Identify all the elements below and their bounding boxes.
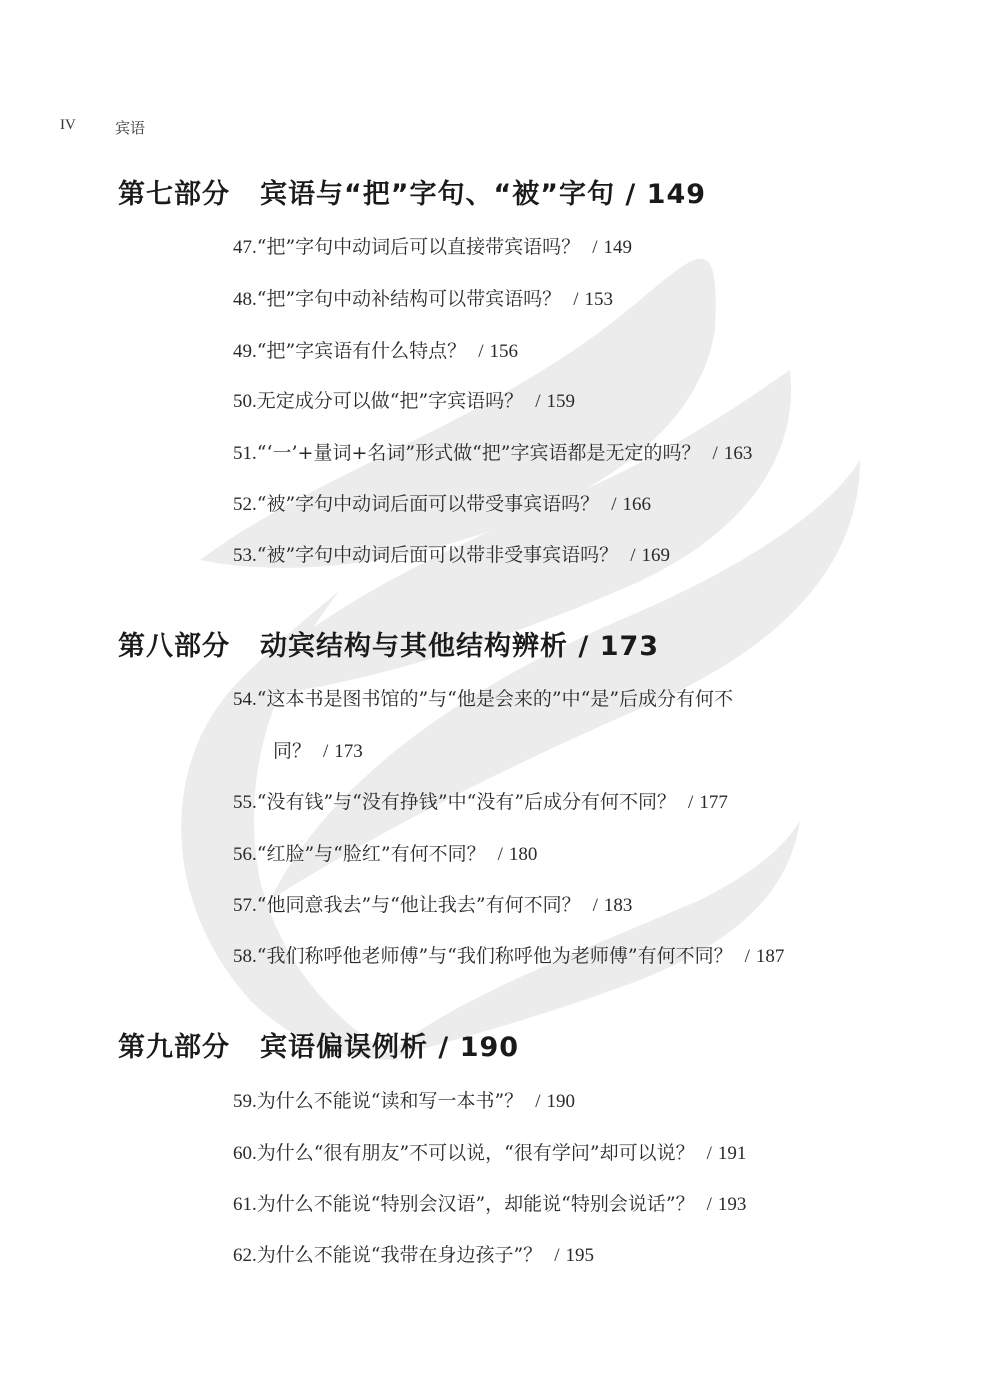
toc-entry-59[interactable]: 59.为什么不能说“读和写一本书”？/190	[233, 1086, 575, 1113]
running-title: 宾语	[115, 117, 145, 138]
toc-entry-48[interactable]: 48.“把”字句中动补结构可以带宾语吗？/153	[233, 284, 613, 311]
toc-entry-49[interactable]: 49.“把”字宾语有什么特点？/156	[233, 336, 518, 363]
toc-entry-47[interactable]: 47.“把”字句中动词后可以直接带宾语吗？/149	[233, 232, 632, 259]
section-title: 动宾结构与其他结构辨析	[260, 631, 568, 662]
toc-entry-60[interactable]: 60.为什么“很有朋友”不可以说，“很有学问”却可以说？/191	[233, 1138, 746, 1165]
toc-entry-50[interactable]: 50.无定成分可以做“把”字宾语吗？/159	[233, 386, 575, 413]
toc-entry-51[interactable]: 51.“‘一’+量词+名词”形式做“把”字宾语都是无定的吗？/163	[233, 438, 752, 465]
section-page: 149	[647, 179, 706, 210]
toc-entry-54-continuation[interactable]: 同？/173	[273, 736, 363, 763]
toc-entry-56[interactable]: 56.“红脸”与“脸红”有何不同？/180	[233, 839, 537, 866]
section-page: 173	[600, 631, 659, 662]
toc-entry-54[interactable]: 54.“这本书是图书馆的”与“他是会来的”中“是”后成分有何不	[233, 684, 733, 711]
toc-entry-58[interactable]: 58.“我们称呼他老师傅”与“我们称呼他为老师傅”有何不同？/187	[233, 941, 784, 968]
toc-entry-52[interactable]: 52.“被”字句中动词后面可以带受事宾语吗？/166	[233, 489, 651, 516]
page-separator: /	[578, 631, 589, 662]
page-separator: /	[625, 179, 636, 210]
section-heading-7[interactable]: 第七部分宾语与“把”字句、“被”字句 / 149	[118, 172, 706, 211]
page-number: IV	[60, 117, 76, 134]
section-page: 190	[460, 1032, 519, 1063]
toc-entry-55[interactable]: 55.“没有钱”与“没有挣钱”中“没有”后成分有何不同？/177	[233, 787, 728, 814]
section-title: 宾语与“把”字句、“被”字句	[260, 179, 615, 210]
section-label: 第九部分	[118, 1032, 230, 1063]
toc-entry-61[interactable]: 61.为什么不能说“特别会汉语”，却能说“特别会说话”？/193	[233, 1189, 746, 1216]
section-heading-8[interactable]: 第八部分动宾结构与其他结构辨析 / 173	[118, 624, 659, 663]
toc-entry-53[interactable]: 53.“被”字句中动词后面可以带非受事宾语吗？/169	[233, 540, 670, 567]
section-heading-9[interactable]: 第九部分宾语偏误例析 / 190	[118, 1025, 519, 1064]
section-label: 第八部分	[118, 631, 230, 662]
section-label: 第七部分	[118, 179, 230, 210]
toc-entry-57[interactable]: 57.“他同意我去”与“他让我去”有何不同？/183	[233, 890, 632, 917]
section-title: 宾语偏误例析	[260, 1032, 428, 1063]
toc-entry-62[interactable]: 62.为什么不能说“我带在身边孩子”？/195	[233, 1240, 594, 1267]
page-separator: /	[438, 1032, 449, 1063]
